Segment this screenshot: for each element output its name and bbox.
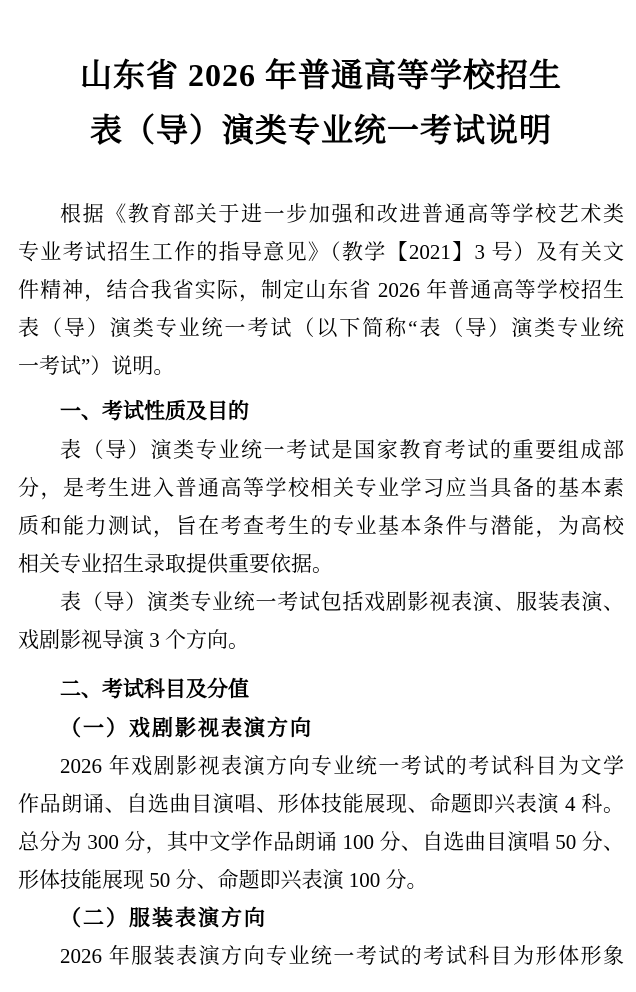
intro-line: 根据《教育部关于进一步加强和改进普通高等学校艺术类 bbox=[18, 195, 624, 233]
body-line: 表（导）演类专业统一考试是国家教育考试的重要组成部 bbox=[18, 431, 624, 469]
body-line: 作品朗诵、自选曲目演唱、形体技能展现、命题即兴表演 4 科。 bbox=[18, 785, 624, 823]
section-1-paragraph-1: 表（导）演类专业统一考试是国家教育考试的重要组成部 分，是考生进入普通高等学校相… bbox=[18, 431, 624, 583]
section-1-paragraph-2: 表（导）演类专业统一考试包括戏剧影视表演、服装表演、 戏剧影视导演 3 个方向。 bbox=[18, 583, 624, 659]
section-2-sub-2-paragraph: 2026 年服装表演方向专业统一考试的考试科目为形体形象 bbox=[18, 937, 624, 975]
intro-line: 件精神，结合我省实际，制定山东省 2026 年普通高等学校招生 bbox=[18, 271, 624, 309]
section-2-sub-2-heading: （二）服装表演方向 bbox=[18, 899, 624, 937]
body-line: 质和能力测试，旨在考查考生的专业基本条件与潜能，为高校 bbox=[18, 507, 624, 545]
body-line: 2026 年服装表演方向专业统一考试的考试科目为形体形象 bbox=[18, 937, 624, 975]
body-line: 戏剧影视导演 3 个方向。 bbox=[18, 621, 624, 659]
document-body: 根据《教育部关于进一步加强和改进普通高等学校艺术类 专业考试招生工作的指导意见》… bbox=[18, 195, 624, 975]
body-line: 分，是考生进入普通高等学校相关专业学习应当具备的基本素 bbox=[18, 469, 624, 507]
section-2-sub-1-paragraph: 2026 年戏剧影视表演方向专业统一考试的考试科目为文学 作品朗诵、自选曲目演唱… bbox=[18, 747, 624, 899]
body-line: 表（导）演类专业统一考试包括戏剧影视表演、服装表演、 bbox=[18, 583, 624, 621]
intro-line: 表（导）演类专业统一考试（以下简称“表（导）演类专业统 bbox=[18, 309, 624, 347]
body-line: 相关专业招生录取提供重要依据。 bbox=[18, 545, 624, 583]
intro-paragraph: 根据《教育部关于进一步加强和改进普通高等学校艺术类 专业考试招生工作的指导意见》… bbox=[18, 195, 624, 385]
body-line: 2026 年戏剧影视表演方向专业统一考试的考试科目为文学 bbox=[18, 747, 624, 785]
section-2-heading: 二、考试科目及分值 bbox=[18, 671, 624, 709]
title-line-2: 表（导）演类专业统一考试说明 bbox=[18, 103, 624, 158]
body-line: 总分为 300 分，其中文学作品朗诵 100 分、自选曲目演唱 50 分、 bbox=[18, 823, 624, 861]
section-1-heading: 一、考试性质及目的 bbox=[18, 393, 624, 431]
intro-line: 专业考试招生工作的指导意见》（教学【2021】3 号）及有关文 bbox=[18, 233, 624, 271]
title-line-1: 山东省 2026 年普通高等学校招生 bbox=[18, 48, 624, 103]
body-line: 形体技能展现 50 分、命题即兴表演 100 分。 bbox=[18, 861, 624, 899]
intro-line: 一考试”）说明。 bbox=[18, 347, 624, 385]
document-page: 山东省 2026 年普通高等学校招生 表（导）演类专业统一考试说明 根据《教育部… bbox=[0, 0, 636, 992]
document-title: 山东省 2026 年普通高等学校招生 表（导）演类专业统一考试说明 bbox=[18, 48, 624, 158]
section-2-sub-1-heading: （一）戏剧影视表演方向 bbox=[18, 709, 624, 747]
